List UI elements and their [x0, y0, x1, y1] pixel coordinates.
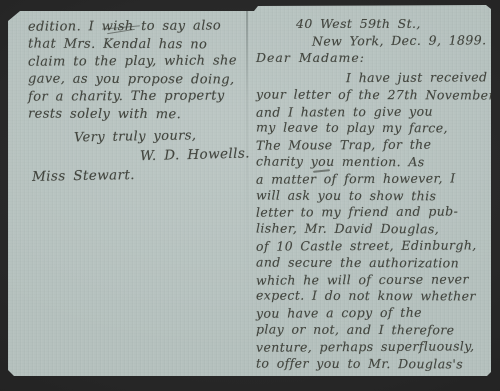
handwritten-line: will ask you to show this: [256, 187, 488, 205]
handwritten-line: a matter of form however, I: [256, 170, 488, 188]
handwritten-line: lisher, Mr. David Douglas,: [256, 221, 488, 239]
handwritten-line: for a charity. The property: [28, 87, 240, 106]
handwritten-line: rests solely with me.: [28, 105, 240, 123]
handwritten-line: which he will of course never: [256, 271, 488, 289]
handwritten-line: The Mouse Trap, for the: [256, 136, 488, 154]
handwritten-line: you have a copy of the: [256, 304, 488, 322]
letter-paper: edition. I wish to say also that Mrs. Ke…: [8, 5, 491, 376]
handwritten-line: of 10 Castle street, Edinburgh,: [256, 237, 488, 255]
handwritten-line: your letter of the 27th November,: [256, 86, 488, 104]
salutation: Dear Madame:: [256, 49, 488, 66]
handwritten-line: that Mrs. Kendal has no: [28, 35, 240, 53]
date-line: New York, Dec. 9, 1899.: [312, 31, 488, 49]
handwritten-line: and I hasten to give you: [256, 103, 488, 121]
letter-page-right: 40 West 59th St., New York, Dec. 9, 1899…: [252, 15, 488, 372]
handwritten-line: my leave to play my farce,: [256, 120, 488, 138]
handwritten-line: claim to the play, which she: [28, 52, 240, 71]
address-line: 40 West 59th St.,: [296, 15, 488, 32]
handwritten-line: letter to my friend and pub-: [256, 204, 488, 222]
handwritten-line: I have just received: [256, 69, 488, 87]
page-fold-seam: [246, 5, 248, 376]
handwritten-line: to offer you to Mr. Douglas's: [256, 355, 488, 373]
letter-page-left: edition. I wish to say also that Mrs. Ke…: [28, 18, 240, 185]
right-page-body: I have just received your letter of the …: [252, 70, 488, 372]
handwritten-line: and secure the authorization: [256, 254, 488, 272]
signature: W. D. Howells.: [140, 145, 240, 167]
handwritten-line: venture, perhaps superfluously,: [256, 338, 488, 356]
handwritten-line: gave, as you propose doing,: [28, 70, 240, 88]
left-page-body: edition. I wish to say also that Mrs. Ke…: [28, 18, 240, 123]
addressee: Miss Stewart.: [32, 164, 240, 187]
letter-photograph: edition. I wish to say also that Mrs. Ke…: [0, 0, 500, 391]
handwritten-line: expect. I do not know whether: [256, 288, 488, 306]
handwritten-line: charity you mention. As: [256, 153, 488, 171]
handwritten-line: play or not, and I therefore: [256, 321, 488, 339]
